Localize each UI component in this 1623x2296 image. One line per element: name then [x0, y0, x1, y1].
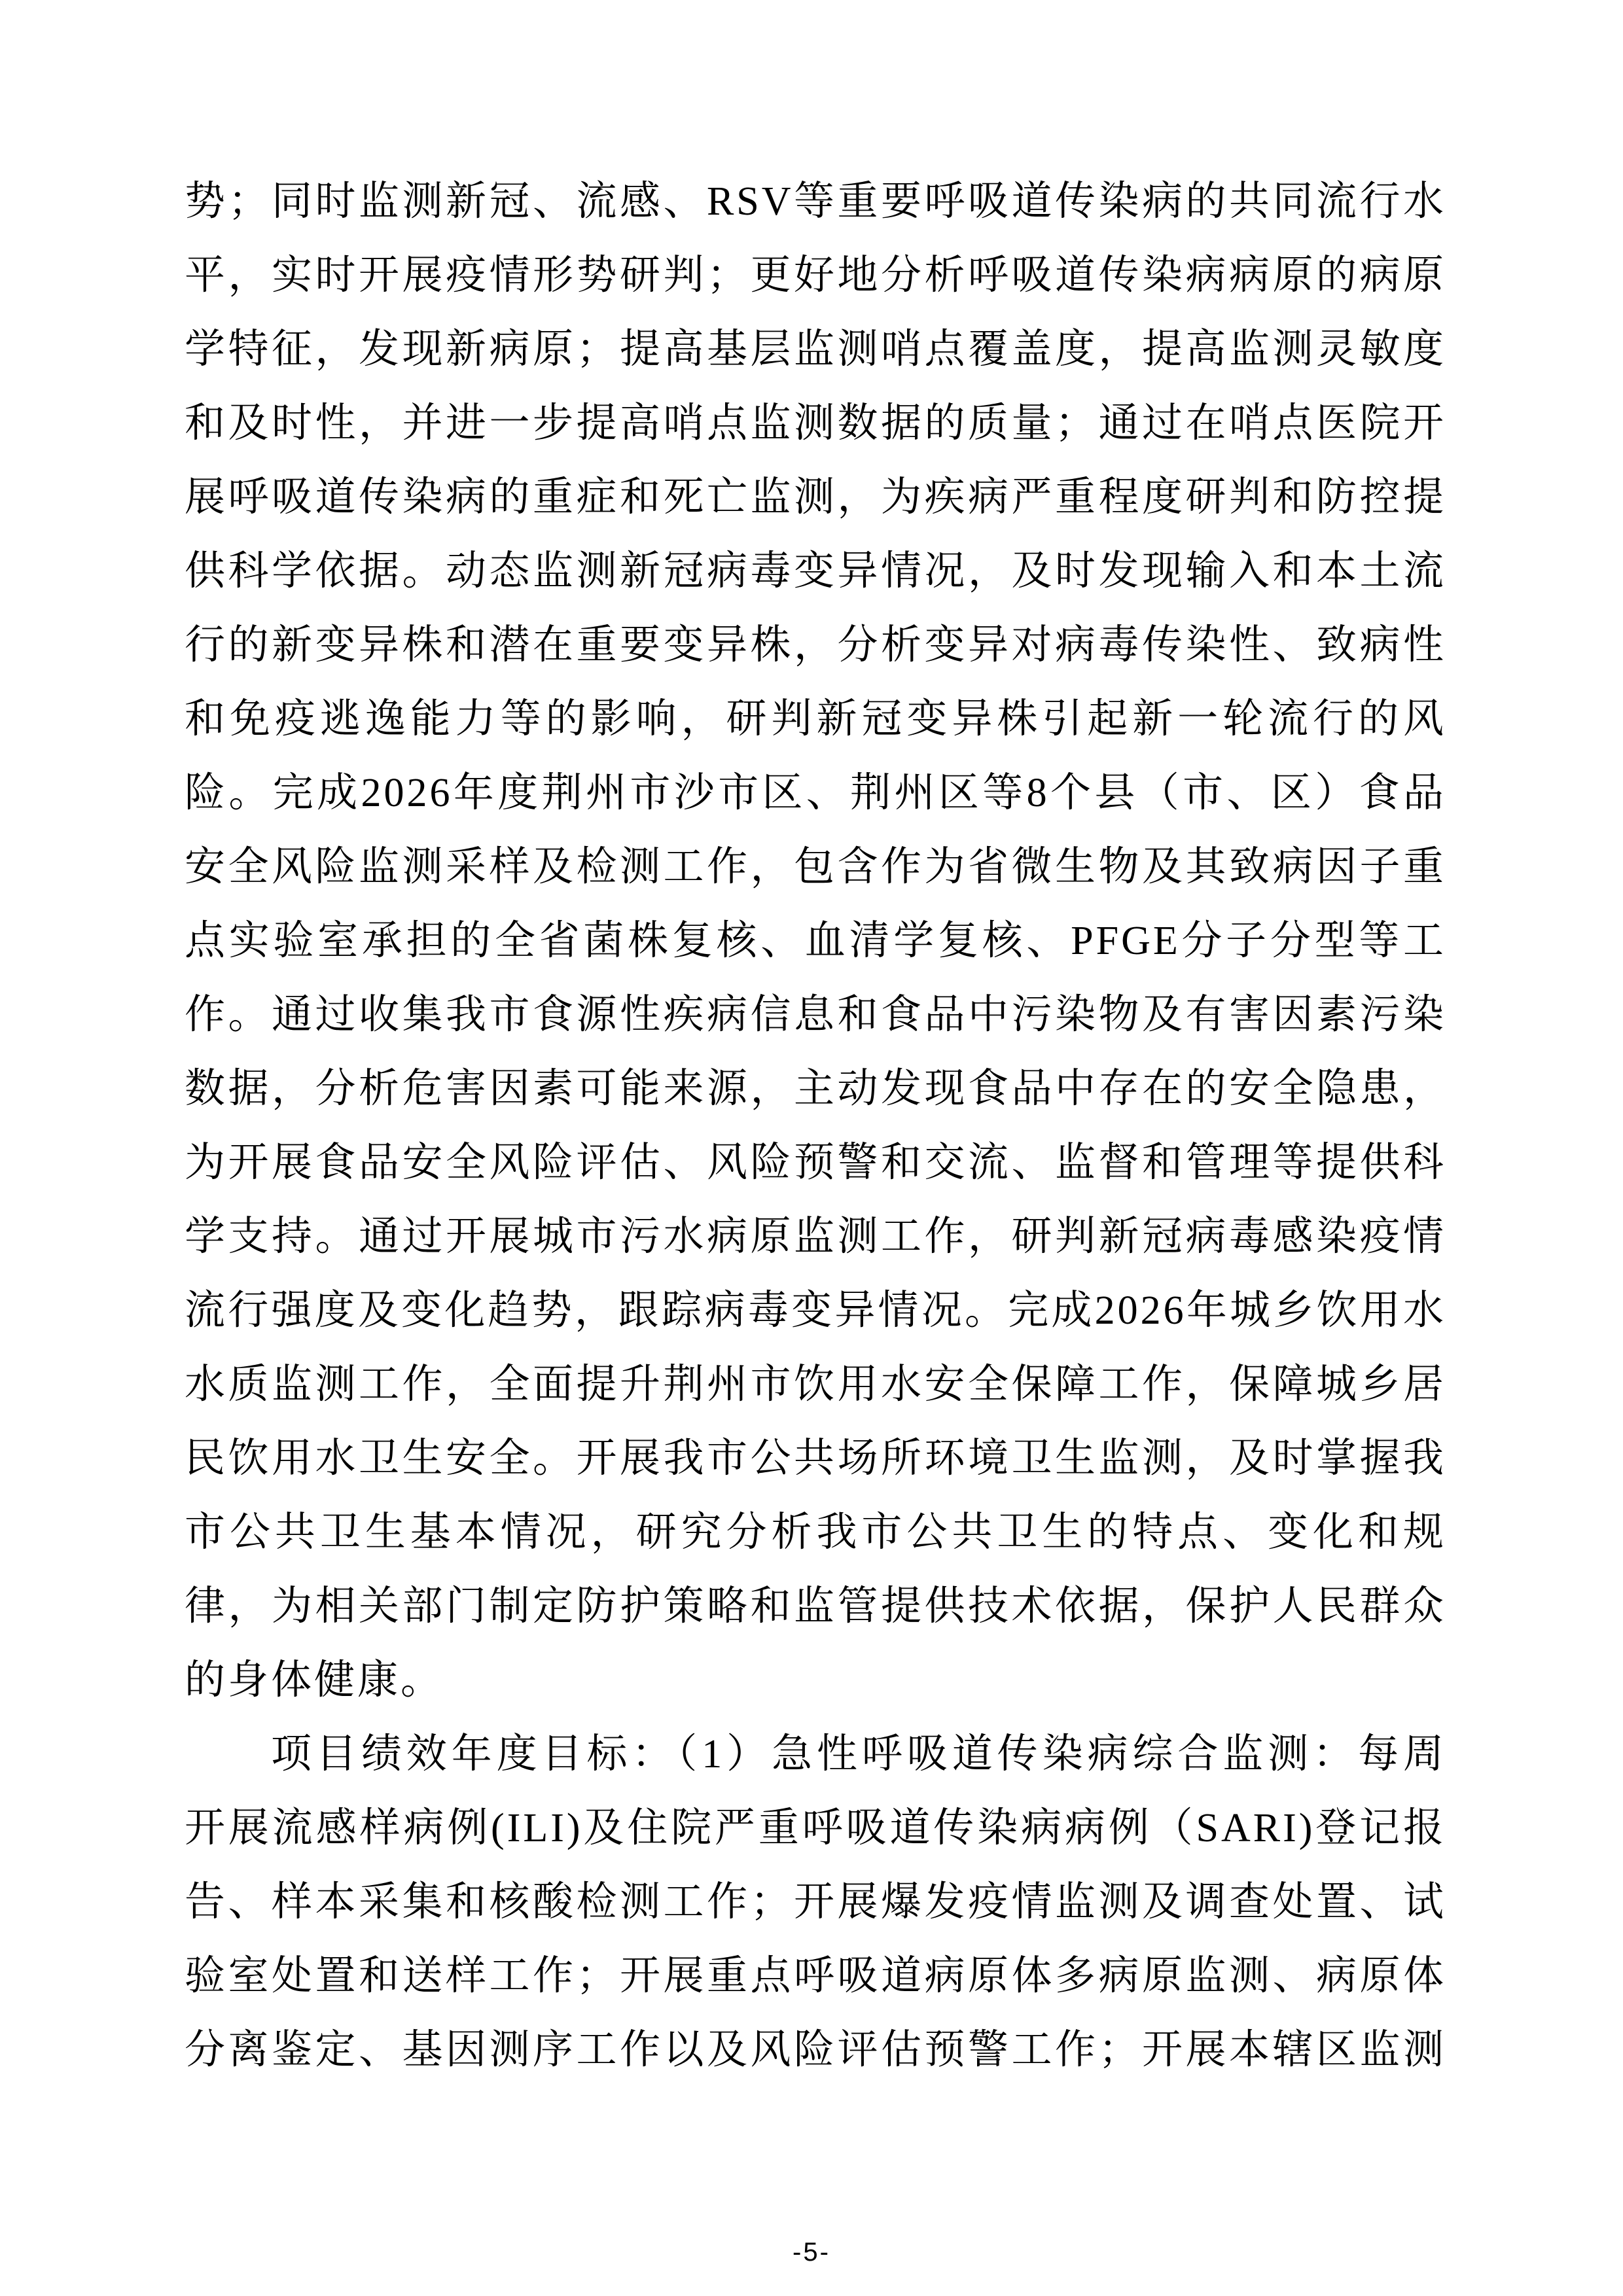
text-line: 作。通过收集我市食源性疾病信息和食品中污染物及有害因素污染	[185, 978, 1446, 1052]
text-line: 平，实时开展疫情形势研判；更好地分析呼吸道传染病病原的病原	[185, 239, 1446, 313]
text-line: 分离鉴定、基因测序工作以及风险评估预警工作；开展本辖区监测	[185, 2013, 1446, 2087]
text-line: 告、样本采集和核酸检测工作；开展爆发疫情监测及调查处置、试	[185, 1865, 1446, 1939]
text-line: 行的新变异株和潜在重要变异株，分析变异对病毒传染性、致病性	[185, 609, 1446, 682]
text-line: 民饮用水卫生安全。开展我市公共场所环境卫生监测，及时掌握我	[185, 1422, 1446, 1496]
text-line: 势；同时监测新冠、流感、RSV等重要呼吸道传染病的共同流行水	[185, 165, 1446, 239]
document-page: 势；同时监测新冠、流感、RSV等重要呼吸道传染病的共同流行水平，实时开展疫情形势…	[0, 0, 1623, 2296]
text-line: 流行强度及变化趋势，跟踪病毒变异情况。完成2026年城乡饮用水	[185, 1274, 1446, 1348]
text-line: 和及时性，并进一步提高哨点监测数据的质量；通过在哨点医院开	[185, 387, 1446, 461]
text-line: 项目绩效年度目标：（1）急性呼吸道传染病综合监测：每周	[185, 1718, 1446, 1792]
text-line: 验室处置和送样工作；开展重点呼吸道病原体多病原监测、病原体	[185, 1939, 1446, 2013]
text-line: 安全风险监测采样及检测工作，包含作为省微生物及其致病因子重	[185, 830, 1446, 904]
text-line: 学特征，发现新病原；提高基层监测哨点覆盖度，提高监测灵敏度	[185, 313, 1446, 387]
text-line: 险。完成2026年度荆州市沙市区、荆州区等8个县（市、区）食品	[185, 756, 1446, 830]
text-line: 展呼吸道传染病的重症和死亡监测，为疾病严重程度研判和防控提	[185, 461, 1446, 535]
text-line: 供科学依据。动态监测新冠病毒变异情况，及时发现输入和本土流	[185, 535, 1446, 609]
page-number: -5-	[0, 2238, 1623, 2267]
text-line: 数据，分析危害因素可能来源，主动发现食品中存在的安全隐患，	[185, 1052, 1446, 1126]
text-block: 势；同时监测新冠、流感、RSV等重要呼吸道传染病的共同流行水平，实时开展疫情形势…	[185, 165, 1446, 2087]
text-line: 的身体健康。	[185, 1644, 1446, 1718]
text-line: 学支持。通过开展城市污水病原监测工作，研判新冠病毒感染疫情	[185, 1200, 1446, 1274]
text-line: 开展流感样病例(ILI)及住院严重呼吸道传染病病例（SARI)登记报	[185, 1792, 1446, 1865]
text-line: 水质监测工作，全面提升荆州市饮用水安全保障工作，保障城乡居	[185, 1348, 1446, 1422]
text-line: 为开展食品安全风险评估、风险预警和交流、监督和管理等提供科	[185, 1126, 1446, 1200]
text-line: 律，为相关部门制定防护策略和监管提供技术依据，保护人民群众	[185, 1570, 1446, 1644]
text-line: 市公共卫生基本情况，研究分析我市公共卫生的特点、变化和规	[185, 1496, 1446, 1570]
text-line: 和免疫逃逸能力等的影响，研判新冠变异株引起新一轮流行的风	[185, 682, 1446, 756]
text-line: 点实验室承担的全省菌株复核、血清学复核、PFGE分子分型等工	[185, 904, 1446, 978]
